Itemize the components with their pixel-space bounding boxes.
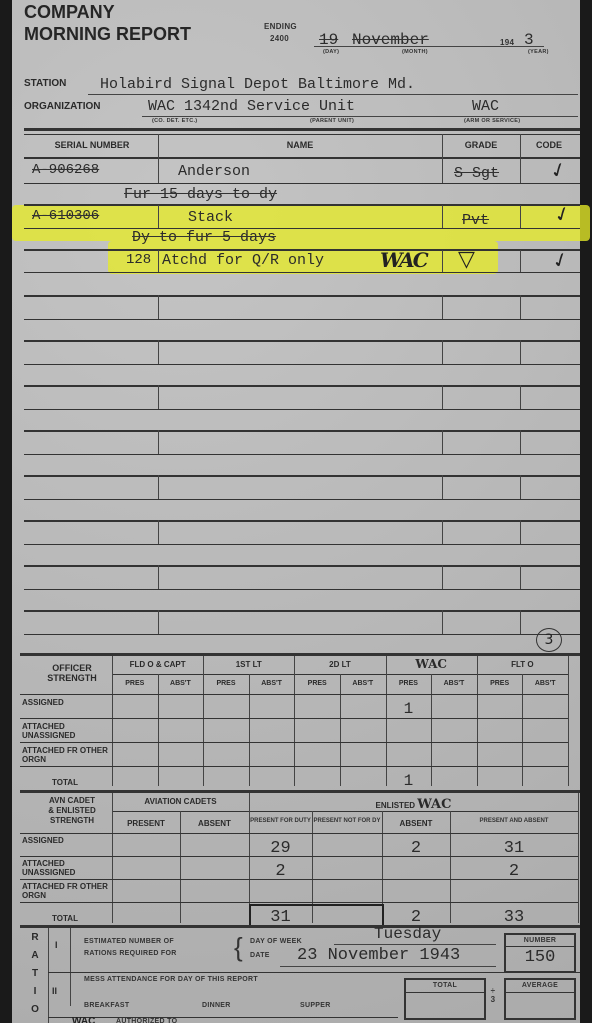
number-box: NUMBER 150 (504, 933, 576, 973)
officer-group-header: 2D LT (294, 660, 385, 669)
col-divider (442, 430, 443, 454)
col-divider (431, 674, 432, 786)
col-divider (520, 134, 521, 158)
enlisted-header: ENLISTED WAC (249, 797, 578, 812)
serial-number: A-610306 (32, 208, 99, 224)
col-divider (442, 475, 443, 499)
rations-label-2: RATIONS REQUIRED FOR (84, 950, 177, 957)
col-name: NAME (158, 140, 442, 150)
col-divider (158, 430, 159, 454)
col-divider (158, 158, 159, 183)
col-divider (158, 385, 159, 409)
organization-value: WAC 1342nd Service Unit (148, 98, 355, 115)
row-rule (24, 610, 580, 612)
officer-cell-value: 1 (386, 700, 432, 718)
organization-arm: WAC (472, 98, 499, 115)
roster-header-rule (24, 157, 580, 159)
station-value: Holabird Signal Depot Baltimore Md. (100, 76, 415, 93)
col-divider (520, 158, 521, 183)
officer-group-header: FLD O & CAPT (112, 660, 203, 669)
col-divider (158, 340, 159, 364)
caption-parent: (PARENT UNIT) (310, 118, 354, 124)
col-divider (520, 385, 521, 409)
year-caption: (YEAR) (528, 49, 549, 55)
caption-co: (CO. DET. ETC.) (152, 118, 197, 124)
col-divider (158, 520, 159, 544)
number-value: 150 (506, 947, 574, 969)
soldier-name: Stack (188, 209, 233, 226)
officer-sub-header: PRES (294, 680, 340, 687)
officer-sub-header: PRES (203, 680, 249, 687)
row-rule (20, 742, 568, 743)
serial-number: 128 (126, 252, 151, 268)
officer-sub-header: ABS'T (158, 680, 204, 687)
enlisted-row-label: ATTACHED FR OTHER ORGN (22, 882, 108, 900)
remark: Fur 15 days to dy (124, 186, 277, 203)
ration-side-letter: R (28, 932, 42, 943)
enlisted-col-header: ABSENT (382, 819, 450, 828)
remark: Dy to fur 5 days (132, 229, 276, 246)
dow-underline (334, 944, 496, 945)
soldier-name: Anderson (178, 163, 250, 180)
day-of-week-label: DAY OF WEEK (250, 938, 302, 945)
enlisted-title-3: STRENGTH (22, 816, 122, 825)
officer-strength-title-1: OFFICER (22, 664, 122, 673)
ending-label: ENDING (264, 22, 297, 31)
number-label: NUMBER (506, 935, 574, 947)
col-divider (522, 674, 523, 786)
page-number-circle: 3 (536, 628, 562, 652)
average-box: AVERAGE (504, 978, 576, 1020)
col-divider (442, 565, 443, 589)
row-rule (24, 183, 580, 184)
row-rule (24, 430, 580, 432)
col-divider (520, 610, 521, 634)
col-divider (520, 475, 521, 499)
row-rule (24, 228, 580, 229)
row-rule (24, 454, 580, 455)
brace-icon: { (234, 932, 243, 963)
enlisted-title-2: & ENLISTED (22, 806, 122, 815)
roster-top-rule (24, 128, 580, 131)
attached-note: Atchd for Q/R only (162, 252, 324, 269)
enlisted-title-1: AVN CADET (22, 796, 122, 805)
col-divider (442, 205, 443, 228)
row-rule (20, 718, 568, 719)
officer-sub-header: PRES (386, 680, 432, 687)
ration-side-letter: T (28, 968, 42, 979)
enlisted-col-header: ABSENT (180, 819, 249, 828)
officer-row-label: ATTACHED FR OTHER ORGN (22, 746, 108, 764)
organization-underline (142, 116, 578, 117)
officer-group-header: FLT O (477, 660, 568, 669)
soldier-grade: Pvt (462, 212, 489, 229)
ration-date-value: 23 November 1943 (297, 946, 460, 965)
roster-top-rule-2 (24, 134, 580, 135)
officer-row-label: ASSIGNED (22, 698, 108, 707)
officer-sub-header: ABS'T (249, 680, 295, 687)
row-rule (24, 544, 580, 545)
section-rule (48, 972, 580, 973)
officer-cell-value: 1 (386, 772, 432, 790)
col-divider (442, 134, 443, 158)
report-year-digit: 3 (524, 31, 534, 49)
rations-divider (48, 928, 49, 1023)
col-divider (442, 385, 443, 409)
col-divider (158, 610, 159, 634)
row-rule (20, 856, 578, 857)
title-morning-report: MORNING REPORT (24, 24, 191, 44)
officer-sub-header: ABS'T (522, 680, 568, 687)
row-rule (20, 833, 578, 834)
row-rule (24, 272, 580, 273)
title-company: COMPANY (24, 2, 115, 22)
row-rule (20, 879, 578, 880)
section-rule (48, 1017, 398, 1018)
code-check-icon: ✓ (546, 156, 570, 184)
meal-supper: SUPPER (300, 1002, 331, 1009)
meal-breakfast: BREAKFAST (84, 1002, 129, 1009)
row-rule (24, 249, 580, 251)
ration-side-letter: A (28, 950, 42, 961)
rations-label-1: ESTIMATED NUMBER OF (84, 938, 174, 945)
row-rule (24, 295, 580, 297)
meal-dinner: DINNER (202, 1002, 231, 1009)
col-divider (158, 295, 159, 319)
report-month: November (352, 31, 429, 49)
total-label: TOTAL (406, 980, 484, 993)
col-divider (158, 250, 159, 272)
col-divider (578, 793, 579, 923)
serial-number: A-906268 (32, 162, 99, 178)
col-divider (520, 250, 521, 272)
report-day: 19 (319, 31, 338, 49)
officer-top-rule (20, 653, 580, 656)
col-divider (520, 430, 521, 454)
day-caption: (DAY) (323, 49, 339, 55)
enlisted-col-header: PRESENT AND ABSENT (450, 817, 578, 825)
row-rule (20, 902, 578, 903)
enlisted-col-header: PRESENT (112, 819, 180, 828)
divide-by-three: ÷ 3 (488, 986, 498, 1004)
col-divider (520, 520, 521, 544)
row-rule (24, 340, 580, 342)
row-rule (20, 766, 568, 767)
officer-row-label: ATTACHED UNASSIGNED (22, 722, 108, 740)
officer-group-header: WAC (386, 657, 477, 671)
col-code: CODE (520, 140, 578, 150)
date-underline (280, 966, 496, 967)
total-box: TOTAL (404, 978, 486, 1020)
col-divider (442, 158, 443, 183)
col-divider (158, 134, 159, 158)
col-divider (442, 340, 443, 364)
row-rule (24, 520, 580, 522)
officer-group-header: 1ST LT (203, 660, 294, 669)
col-divider (249, 674, 250, 786)
col-divider (442, 295, 443, 319)
col-divider (158, 475, 159, 499)
enlisted-stamp: WAC (417, 797, 451, 812)
col-divider (158, 674, 159, 786)
row-rule (24, 475, 580, 477)
aviation-cadets-header: AVIATION CADETS (112, 797, 249, 806)
col-divider (158, 205, 159, 228)
station-label: STATION (24, 78, 66, 89)
triangle-mark-icon: ▽ (458, 246, 475, 272)
col-divider (180, 811, 181, 923)
organization-label: ORGANIZATION (24, 101, 100, 112)
row-rule (24, 319, 580, 320)
col-divider (442, 610, 443, 634)
mess-attendance-label: MESS ATTENDANCE FOR DAY OF THIS REPORT (84, 976, 258, 983)
morning-report-document: COMPANY MORNING REPORT ENDING 2400 19 No… (12, 0, 580, 1023)
col-divider (520, 205, 521, 228)
col-divider (520, 565, 521, 589)
footer-stamp: WAC (72, 1016, 95, 1023)
row-rule (24, 565, 580, 567)
row-rule (24, 499, 580, 500)
officer-sub-header: ABS'T (340, 680, 386, 687)
col-divider (112, 793, 113, 923)
caption-arm: (ARM OR SERVICE) (464, 118, 520, 124)
row-rule (24, 634, 580, 635)
year-prefix: 194 (500, 38, 514, 47)
ration-side-letter: I (28, 986, 42, 997)
col-divider (442, 520, 443, 544)
row-rule (24, 364, 580, 365)
row-rule (24, 385, 580, 387)
officer-strength-title-2: STRENGTH (22, 674, 122, 683)
col-divider (340, 674, 341, 786)
officer-sub-header: PRES (112, 680, 158, 687)
officer-sub-header: ABS'T (431, 680, 477, 687)
row-rule (24, 589, 580, 590)
col-divider (158, 565, 159, 589)
date-label: DATE (250, 952, 270, 959)
row-rule (24, 204, 580, 206)
ration-side-letter: O (28, 1004, 42, 1015)
enlisted-top-rule (20, 790, 580, 793)
day-of-week-value: Tuesday (374, 925, 441, 943)
col-divider (520, 340, 521, 364)
rations-top-rule (20, 925, 580, 928)
soldier-grade: S Sgt (454, 165, 499, 182)
station-underline (88, 94, 578, 95)
time-label: 2400 (270, 34, 289, 43)
officer-sub-header: PRES (477, 680, 523, 687)
officer-row-label: TOTAL (22, 778, 108, 787)
rations-divider (70, 928, 71, 1006)
enlisted-row-label: ATTACHED UNASSIGNED (22, 859, 108, 877)
month-caption: (MONTH) (402, 49, 428, 55)
enlisted-col-header: PRESENT FOR DUTY (249, 817, 312, 825)
col-divider (520, 295, 521, 319)
section-2-numeral: II (52, 986, 57, 996)
signature-initials: WAC (380, 248, 427, 272)
footer-authorized: AUTHORIZED TO (116, 1018, 177, 1023)
enlisted-row-label: TOTAL (22, 914, 108, 923)
row-rule (20, 694, 568, 695)
row-rule (112, 811, 578, 812)
row-rule (24, 409, 580, 410)
average-label: AVERAGE (506, 980, 574, 993)
col-divider (442, 250, 443, 272)
enlisted-row-label: ASSIGNED (22, 836, 108, 845)
enlisted-col-header: PRESENT NOT FOR DY (312, 817, 382, 825)
col-grade: GRADE (442, 140, 520, 150)
col-divider (568, 656, 569, 786)
col-serial-number: SERIAL NUMBER (26, 140, 158, 150)
section-1-numeral: I (55, 940, 58, 950)
